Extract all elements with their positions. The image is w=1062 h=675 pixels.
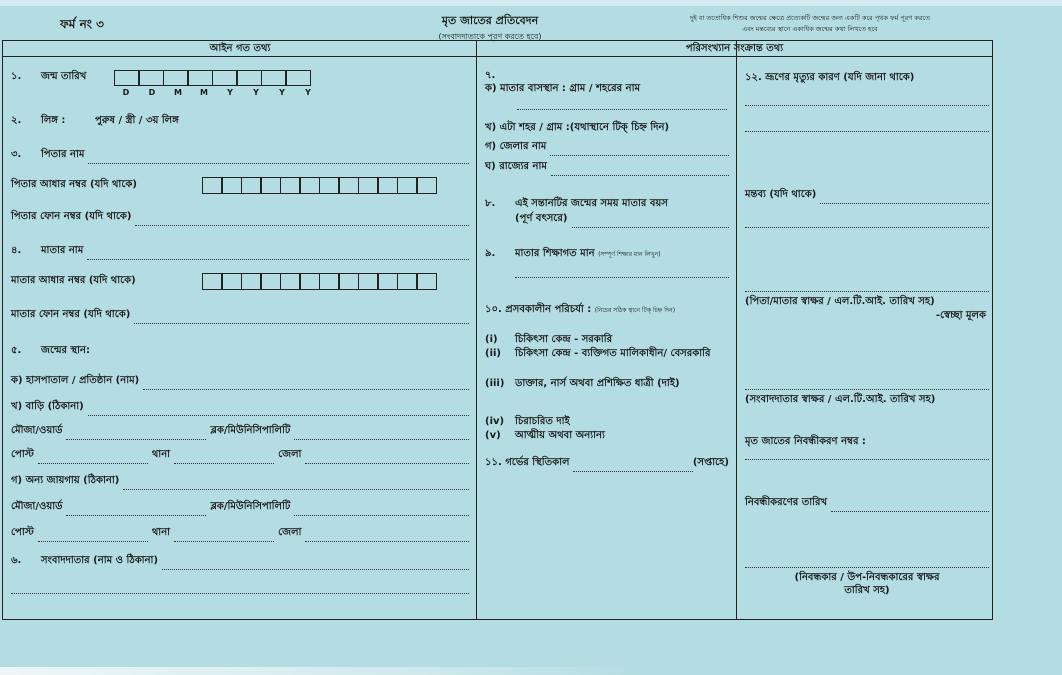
birthplace-row: ৫. জন্মের স্থান: — [11, 343, 90, 360]
other-mouza-row: মৌজা/ওয়ার্ড ব্লক/মিউনিসিপালিটি — [11, 499, 469, 516]
id-box[interactable] — [221, 273, 242, 290]
other-place-label: গ) অন্য জায়গায় (ঠিকানা) — [11, 473, 119, 490]
dob-row: ১. জন্ম তারিখ — [11, 69, 311, 86]
house-post-row: পোস্ট থানা জেলা — [11, 447, 469, 464]
registration-column: ১২. ভ্রূণের মৃত্যুর কারণ (যদি জানা থাকে)… — [737, 41, 992, 619]
mother-age-row: (পূর্ণ বৎসরে) — [515, 211, 729, 228]
district-name-field[interactable] — [550, 147, 729, 156]
id-box[interactable] — [280, 273, 301, 290]
q9-number: ৯. — [485, 247, 495, 260]
remarks-row: মন্তব্য (যদি থাকে) — [745, 187, 989, 204]
informant-field-line-2[interactable] — [11, 593, 469, 594]
mouza-field[interactable] — [66, 507, 206, 516]
dob-box-y1[interactable] — [212, 70, 238, 86]
thana-label: থানা — [152, 525, 170, 542]
gestation-field[interactable] — [573, 463, 692, 472]
district-field[interactable] — [305, 533, 469, 542]
delivery-option-2[interactable]: (ii)চিকিৎসা কেন্দ্র - ব্যক্তিগত মালিকাধী… — [485, 347, 759, 360]
mouza-field[interactable] — [66, 431, 206, 440]
mother-age-label: এই সন্তানটির জন্মের সময় মাতার বয়স — [515, 197, 668, 210]
thana-field[interactable] — [174, 455, 274, 464]
voluntary-note: -স্বেচ্ছা মূলক — [936, 309, 986, 322]
informant-signature-label: (সংবাদদাতার স্বাক্ষর / এল.টি.আই. তারিখ স… — [745, 393, 935, 406]
father-phone-row: পিতার ফোন নম্বর (যদি থাকে) — [11, 209, 469, 226]
mother-residence-field[interactable] — [517, 109, 727, 110]
birthplace-label: জন্মের স্থান: — [41, 343, 90, 360]
hospital-label: ক) হাসপাতাল / প্রতিষ্ঠান (নাম) — [11, 373, 139, 390]
mother-residence-label: ক) মাতার বাসস্থান : গ্রাম / শহরের নাম — [485, 82, 640, 95]
id-box[interactable] — [377, 177, 398, 194]
father-id-row: পিতার আধার নম্বর (যদি থাকে) — [11, 177, 437, 194]
mother-age-unit: (পূর্ণ বৎসরে) — [515, 211, 568, 228]
registrar-signature-label: (নিবন্ধকার / উপ-নিবন্ধকারের স্বাক্ষর তার… — [745, 571, 989, 597]
option-number: (v) — [485, 429, 515, 442]
father-name-label: পিতার নাম — [41, 147, 84, 164]
dob-box-d1[interactable] — [114, 70, 140, 86]
q2-number: ২. — [11, 113, 41, 130]
education-label: মাতার শিক্ষাগত মান (সম্পূর্ণ শিক্ষার মান… — [515, 247, 661, 261]
father-name-field[interactable] — [88, 155, 469, 164]
id-box[interactable] — [397, 177, 418, 194]
education-label-text: মাতার শিক্ষাগত মান — [515, 248, 595, 259]
mother-age-field[interactable] — [572, 219, 730, 228]
death-cause-field-1[interactable] — [745, 105, 989, 106]
father-id-label: পিতার আধার নম্বর (যদি থাকে) — [11, 177, 203, 194]
statistical-info-column: ৭. ক) মাতার বাসস্থান : গ্রাম / শহরের নাম… — [477, 41, 737, 619]
delivery-care-hint: (নিচের সঠিক স্থানে টিক্ চিহ্ন দিন) — [595, 307, 675, 314]
dob-input-boxes[interactable] — [115, 70, 311, 86]
gestation-unit: (সপ্তাহে) — [693, 455, 729, 472]
dob-box-y2[interactable] — [236, 70, 262, 86]
mouza-label: মৌজা/ওয়ার্ড — [11, 499, 62, 516]
id-box[interactable] — [202, 177, 223, 194]
id-box[interactable] — [416, 273, 437, 290]
delivery-care-label-text: ১০. প্রসবকালীন পরিচর্যা : — [485, 304, 591, 315]
death-cause-field-2[interactable] — [745, 131, 989, 132]
informant-signature-line[interactable] — [745, 389, 989, 390]
father-id-boxes[interactable] — [203, 177, 437, 194]
id-box[interactable] — [299, 273, 320, 290]
education-field[interactable] — [515, 277, 729, 278]
registration-date-field[interactable] — [831, 503, 989, 512]
block-field[interactable] — [294, 431, 469, 440]
option-text: ডাক্তার, নার্স অথবা প্রশিক্ষিত ধাত্রী (দ… — [515, 378, 680, 389]
registrar-signature-line-2: তারিখ সহ) — [745, 584, 989, 597]
id-box[interactable] — [299, 177, 320, 194]
scan-edge-top — [0, 0, 1062, 6]
id-box[interactable] — [280, 177, 301, 194]
dob-box-m1[interactable] — [163, 70, 189, 86]
state-name-field[interactable] — [551, 167, 729, 176]
option-text: আত্মীয় অথবা অন্যান্য — [515, 430, 605, 441]
label-y: Y — [217, 88, 243, 97]
block-label: ব্লক/মিউনিসিপালিটি — [210, 423, 290, 440]
parent-signature-line[interactable] — [745, 291, 989, 292]
dob-box-y3[interactable] — [261, 70, 287, 86]
option-number: (iii) — [485, 377, 515, 390]
house-field[interactable] — [88, 407, 469, 416]
multiple-birth-notice: দুই বা ততোধিক শিশুর জন্মের ক্ষেত্রে প্রত… — [620, 13, 1000, 35]
delivery-option-3[interactable]: (iii)ডাক্তার, নার্স অথবা প্রশিক্ষিত ধাত্… — [485, 377, 729, 390]
dob-box-y4[interactable] — [285, 70, 311, 86]
post-field[interactable] — [38, 455, 148, 464]
mother-phone-row: মাতার ফোন নম্বর (যদি থাকে) — [11, 307, 469, 324]
id-box[interactable] — [260, 273, 281, 290]
notice-line-2: এবং মন্তব্যের স্থানে একাধিক জন্মের কথা ল… — [620, 24, 1000, 35]
id-box[interactable] — [397, 273, 418, 290]
thana-label: থানা — [152, 447, 170, 464]
district-label: জেলা — [278, 525, 301, 542]
house-mouza-row: মৌজা/ওয়ার্ড ব্লক/মিউনিসিপালিটি — [11, 423, 469, 440]
house-label: খ) বাড়ি (ঠিকানা) — [11, 399, 84, 416]
education-hint: (সম্পূর্ণ শিক্ষার মান লিখুন) — [598, 251, 660, 258]
q7-number: ৭. — [485, 69, 495, 82]
other-place-row: গ) অন্য জায়গায় (ঠিকানা) — [11, 473, 469, 490]
informant-label: সংবাদদাতার (নাম ও ঠিকানা) — [41, 553, 158, 570]
dob-box-d2[interactable] — [138, 70, 164, 86]
block-field[interactable] — [294, 507, 469, 516]
dob-label: জন্ম তারিখ — [41, 69, 115, 86]
label-y: Y — [243, 88, 269, 97]
form-title: মৃত জাতের প্রতিবেদন — [400, 12, 580, 31]
mother-name-field[interactable] — [87, 251, 469, 260]
district-name-row: গ) জেলার নাম — [485, 139, 729, 156]
id-box[interactable] — [338, 177, 359, 194]
hospital-row: ক) হাসপাতাল / প্রতিষ্ঠান (নাম) — [11, 373, 469, 390]
mother-id-boxes[interactable] — [203, 273, 437, 290]
q6-number: ৬. — [11, 553, 41, 570]
delivery-option-1[interactable]: (i)চিকিৎসা কেন্দ্র - সরকারি — [485, 333, 729, 346]
mother-phone-label: মাতার ফোন নম্বর (যদি থাকে) — [11, 307, 130, 324]
post-label: পোস্ট — [11, 447, 34, 464]
registrar-signature-line-1: (নিবন্ধকার / উপ-নিবন্ধকারের স্বাক্ষর — [745, 571, 989, 584]
q4-number: ৪. — [11, 243, 41, 260]
form-number: ফর্ম নং ৩ — [60, 16, 104, 36]
father-name-row: ৩. পিতার নাম — [11, 147, 469, 164]
remarks-field-2[interactable] — [745, 227, 989, 228]
thana-field[interactable] — [174, 533, 274, 542]
dob-box-m2[interactable] — [187, 70, 213, 86]
id-box[interactable] — [241, 177, 262, 194]
district-field[interactable] — [305, 455, 469, 464]
id-box[interactable] — [221, 177, 242, 194]
delivery-option-5[interactable]: (v)আত্মীয় অথবা অন্যান্য — [485, 429, 729, 442]
registration-number-field[interactable] — [745, 459, 989, 460]
option-number: (i) — [485, 333, 515, 346]
id-box[interactable] — [241, 273, 262, 290]
sex-options[interactable]: পুরুষ / স্ত্রী / ৩য় লিঙ্গ — [95, 113, 179, 130]
id-box[interactable] — [416, 177, 437, 194]
notice-line-1: দুই বা ততোধিক শিশুর জন্মের ক্ষেত্রে প্রত… — [620, 13, 1000, 24]
death-cause-label: ১২. ভ্রূণের মৃত্যুর কারণ (যদি জানা থাকে) — [745, 71, 914, 84]
remarks-field[interactable] — [820, 195, 989, 204]
remarks-label: মন্তব্য (যদি থাকে) — [745, 187, 816, 204]
q8-number: ৮. — [485, 197, 495, 210]
q1-number: ১. — [11, 69, 41, 86]
label-m: M — [165, 88, 191, 97]
sex-row: ২. লিঙ্গ : পুরুষ / স্ত্রী / ৩য় লিঙ্গ — [11, 113, 179, 130]
post-field[interactable] — [38, 533, 148, 542]
post-label: পোস্ট — [11, 525, 34, 542]
option-text: চিকিৎসা কেন্দ্র - ব্যক্তিগত মালিকাধীন/ ব… — [515, 348, 711, 359]
label-m: M — [191, 88, 217, 97]
id-box[interactable] — [319, 273, 340, 290]
registration-date-label: নিবন্ধীকরণের তারিখ — [745, 495, 827, 512]
q5-number: ৫. — [11, 343, 41, 360]
id-box[interactable] — [260, 177, 281, 194]
mother-name-label: মাতার নাম — [41, 243, 83, 260]
registration-number-label: মৃত জাতের নিবন্ধীকরণ নম্বর : — [745, 435, 866, 448]
option-text: চিকিৎসা কেন্দ্র - সরকারি — [515, 334, 612, 345]
dob-format-labels: D D M M Y Y Y Y — [113, 88, 321, 97]
q3-number: ৩. — [11, 147, 41, 164]
label-d: D — [139, 88, 165, 97]
mother-id-row: মাতার আধার নম্বর (যদি থাকে) — [11, 273, 437, 290]
option-text: চিরাচরিত দাই — [515, 416, 570, 427]
district-name-label: গ) জেলার নাম — [485, 139, 546, 156]
informant-field[interactable] — [162, 561, 469, 570]
delivery-option-4[interactable]: (iv)চিরাচরিত দাই — [485, 415, 729, 428]
hospital-field[interactable] — [143, 381, 469, 390]
legal-info-column: ১. জন্ম তারিখ D D M M Y Y Y Y ২. — [3, 41, 477, 619]
option-number: (iv) — [485, 415, 515, 428]
mouza-label: মৌজা/ওয়ার্ড — [11, 423, 62, 440]
scan-edge-bottom — [0, 667, 1062, 675]
delivery-care-label: ১০. প্রসবকালীন পরিচর্যা : (নিচের সঠিক স্… — [485, 303, 729, 317]
id-box[interactable] — [319, 177, 340, 194]
id-box[interactable] — [358, 273, 379, 290]
sex-label: লিঙ্গ : — [41, 113, 95, 130]
id-box[interactable] — [338, 273, 359, 290]
father-phone-field[interactable] — [135, 217, 469, 226]
district-label: জেলা — [278, 447, 301, 464]
house-row: খ) বাড়ি (ঠিকানা) — [11, 399, 469, 416]
label-y: Y — [295, 88, 321, 97]
option-number: (ii) — [485, 347, 515, 360]
gestation-row: ১১. গর্ভের স্থিতিকাল (সপ্তাহে) — [485, 455, 729, 472]
form-frame: আইন গত তথ্য পরিসংখ্যান সংক্রান্ত তথ্য ১.… — [2, 40, 993, 620]
state-name-row: ঘ) রাজ্যের নাম — [485, 159, 729, 176]
registrar-signature-line[interactable] — [745, 567, 989, 568]
label-y: Y — [269, 88, 295, 97]
informant-row: ৬. সংবাদদাতার (নাম ও ঠিকানা) — [11, 553, 469, 570]
block-label: ব্লক/মিউনিসিপালিটি — [210, 499, 290, 516]
other-place-field[interactable] — [123, 481, 469, 490]
parent-signature-label: (পিতা/মাতার স্বাক্ষর / এল.টি.আই. তারিখ স… — [745, 295, 935, 308]
id-box[interactable] — [377, 273, 398, 290]
registration-date-row: নিবন্ধীকরণের তারিখ — [745, 495, 989, 512]
state-name-label: ঘ) রাজ্যের নাম — [485, 159, 547, 176]
other-post-row: পোস্ট থানা জেলা — [11, 525, 469, 542]
label-d: D — [113, 88, 139, 97]
urban-rural-label[interactable]: খ) এটা শহর / গ্রাম :(যথাস্থানে টিক্ চিহ্… — [485, 121, 669, 134]
gestation-label: ১১. গর্ভের স্থিতিকাল — [485, 455, 569, 472]
mother-id-label: মাতার আধার নম্বর (যদি থাকে) — [11, 273, 203, 290]
father-phone-label: পিতার ফোন নম্বর (যদি থাকে) — [11, 209, 131, 226]
mother-phone-field[interactable] — [134, 315, 469, 324]
mother-name-row: ৪. মাতার নাম — [11, 243, 469, 260]
id-box[interactable] — [358, 177, 379, 194]
id-box[interactable] — [202, 273, 223, 290]
